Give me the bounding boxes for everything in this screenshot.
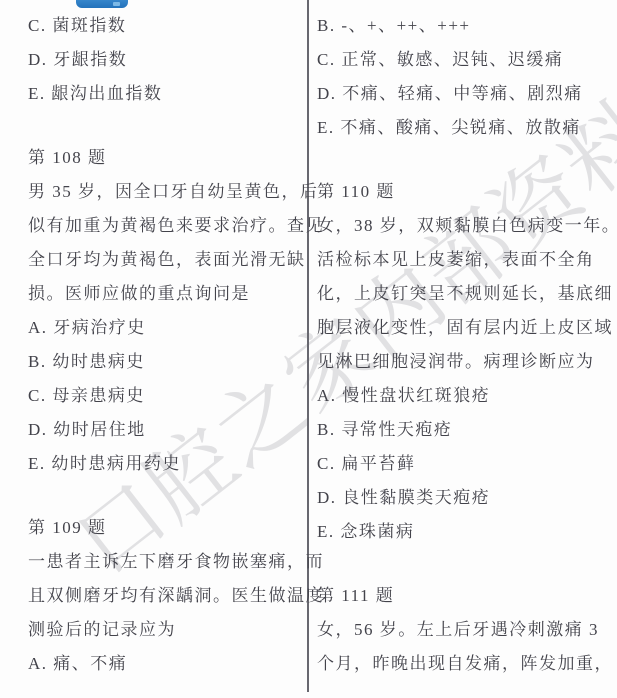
answer-option: E. 龈沟出血指数 (28, 77, 304, 111)
question-text-line: 化，上皮钉突呈不规则延长，基底细 (317, 277, 613, 311)
question-block: 第 109 题一患者主诉左下磨牙食物嵌塞痛，而且双侧磨牙均有深龋洞。医生做温度测… (28, 511, 304, 681)
answer-option: D. 不痛、轻痛、中等痛、剧烈痛 (317, 77, 613, 111)
answer-option: D. 牙龈指数 (28, 43, 304, 77)
question-text-line: 全口牙均为黄褐色，表面光滑无缺 (28, 243, 304, 277)
answer-option: E. 幼时患病用药史 (28, 447, 304, 481)
left-column: C. 菌斑指数D. 牙龈指数E. 龈沟出血指数第 108 题男 35 岁，因全口… (28, 0, 304, 681)
right-column: B. -、+、++、+++C. 正常、敏感、迟钝、迟缓痛D. 不痛、轻痛、中等痛… (317, 0, 613, 681)
answer-option: B. 寻常性天疱疮 (317, 413, 613, 447)
question-text-line: 且双侧磨牙均有深龋洞。医生做温度 (28, 579, 304, 613)
question-text-line: 女，38 岁，双颊黏膜白色病变一年。 (317, 209, 613, 243)
question-number: 第 110 题 (317, 175, 613, 209)
question-bank-page: 口腔之家内部资料 C. 菌斑指数D. 牙龈指数E. 龈沟出血指数第 108 题男… (0, 0, 617, 698)
question-block: 第 111 题女，56 岁。左上后牙遇冷刺激痛 3个月，昨晚出现自发痛，阵发加重… (317, 579, 613, 681)
answer-option: C. 正常、敏感、迟钝、迟缓痛 (317, 43, 613, 77)
answer-option: C. 母亲患病史 (28, 379, 304, 413)
question-text-line: 损。医师应做的重点询问是 (28, 277, 304, 311)
question-text-line: 女，56 岁。左上后牙遇冷刺激痛 3 (317, 613, 613, 647)
answer-option: D. 幼时居住地 (28, 413, 304, 447)
question-text-line: 测验后的记录应为 (28, 613, 304, 647)
question-block: B. -、+、++、+++C. 正常、敏感、迟钝、迟缓痛D. 不痛、轻痛、中等痛… (317, 9, 613, 145)
question-number: 第 111 题 (317, 579, 613, 613)
answer-option: A. 痛、不痛 (28, 647, 304, 681)
question-number: 第 109 题 (28, 511, 304, 545)
answer-option: D. 良性黏膜类天疱疮 (317, 481, 613, 515)
answer-option: B. 幼时患病史 (28, 345, 304, 379)
answer-option: A. 牙病治疗史 (28, 311, 304, 345)
answer-option: E. 不痛、酸痛、尖锐痛、放散痛 (317, 111, 613, 145)
answer-option: E. 念珠菌病 (317, 515, 613, 549)
question-text-line: 胞层液化变性，固有层内近上皮区域 (317, 311, 613, 345)
answer-option: A. 慢性盘状红斑狼疮 (317, 379, 613, 413)
answer-option: C. 扁平苔藓 (317, 447, 613, 481)
question-text-line: 活检标本见上皮萎缩，表面不全角 (317, 243, 613, 277)
question-text-line: 男 35 岁，因全口牙自幼呈黄色，后 (28, 175, 304, 209)
question-block: 第 110 题女，38 岁，双颊黏膜白色病变一年。活检标本见上皮萎缩，表面不全角… (317, 175, 613, 549)
answer-option: B. -、+、++、+++ (317, 9, 613, 43)
answer-option: C. 菌斑指数 (28, 9, 304, 43)
question-block: C. 菌斑指数D. 牙龈指数E. 龈沟出血指数 (28, 9, 304, 111)
question-text-line: 个月，昨晚出现自发痛，阵发加重， (317, 647, 613, 681)
question-block: 第 108 题男 35 岁，因全口牙自幼呈黄色，后似有加重为黄褐色来要求治疗。查… (28, 141, 304, 481)
question-text-line: 一患者主诉左下磨牙食物嵌塞痛，而 (28, 545, 304, 579)
question-text-line: 见淋巴细胞浸润带。病理诊断应为 (317, 345, 613, 379)
question-number: 第 108 题 (28, 141, 304, 175)
question-text-line: 似有加重为黄褐色来要求治疗。查见 (28, 209, 304, 243)
